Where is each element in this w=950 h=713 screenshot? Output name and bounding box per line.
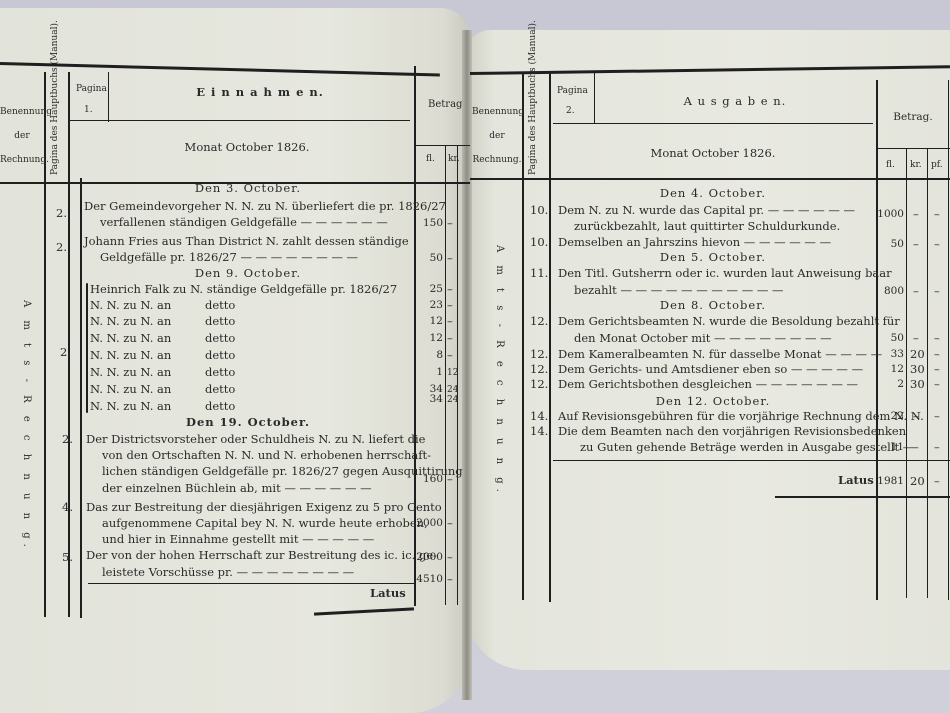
pagina-label: Pagina <box>557 84 588 98</box>
col-benennung-header: Benennung der Rechnung. <box>472 100 522 172</box>
unit-kr: kr. <box>910 158 922 172</box>
col-hauptbuch-header: Pagina des Hauptbuchs (Manual). <box>528 20 538 175</box>
date-heading: Den 5. October. <box>553 250 873 264</box>
page-title-ausgaben: A u s g a b e n. <box>596 94 874 108</box>
unit-kr: kr. <box>448 152 460 166</box>
unit-pf: pf. <box>931 158 943 172</box>
book-gutter <box>462 30 472 700</box>
side-label-amts-rechnung: A m t s - R e c h n u n g. <box>494 245 505 497</box>
pagina-number: 1. <box>84 103 93 117</box>
date-heading: Den 8. October. <box>553 298 873 312</box>
month-heading: Monat October 1826. <box>553 146 873 160</box>
unit-fl: fl. <box>886 158 895 172</box>
date-heading: Den 12. October. <box>553 394 873 408</box>
pagina-label: Pagina <box>76 82 107 96</box>
side-label-amts-rechnung: A m t s - R e c h n u n g. <box>21 300 32 552</box>
col-hauptbuch-header: Pagina des Hauptbuchs (Manual). <box>50 20 60 175</box>
col-benennung-header: Benennung der Rechnung. <box>0 100 44 172</box>
date-heading: Den 4. October. <box>553 186 873 200</box>
betrag-header: Betrag. <box>878 110 948 124</box>
month-heading: Monat October 1826. <box>82 140 412 154</box>
pagina-number: 2. <box>566 104 575 118</box>
betrag-header: Betrag <box>428 98 462 112</box>
unit-fl: fl. <box>426 152 435 166</box>
page-title-einnahmen: E i n n a h m e n. <box>110 85 410 99</box>
date-heading: Den 19. October. <box>82 415 414 429</box>
date-heading: Den 9. October. <box>82 266 414 280</box>
date-heading: Den 3. October. <box>82 181 414 195</box>
